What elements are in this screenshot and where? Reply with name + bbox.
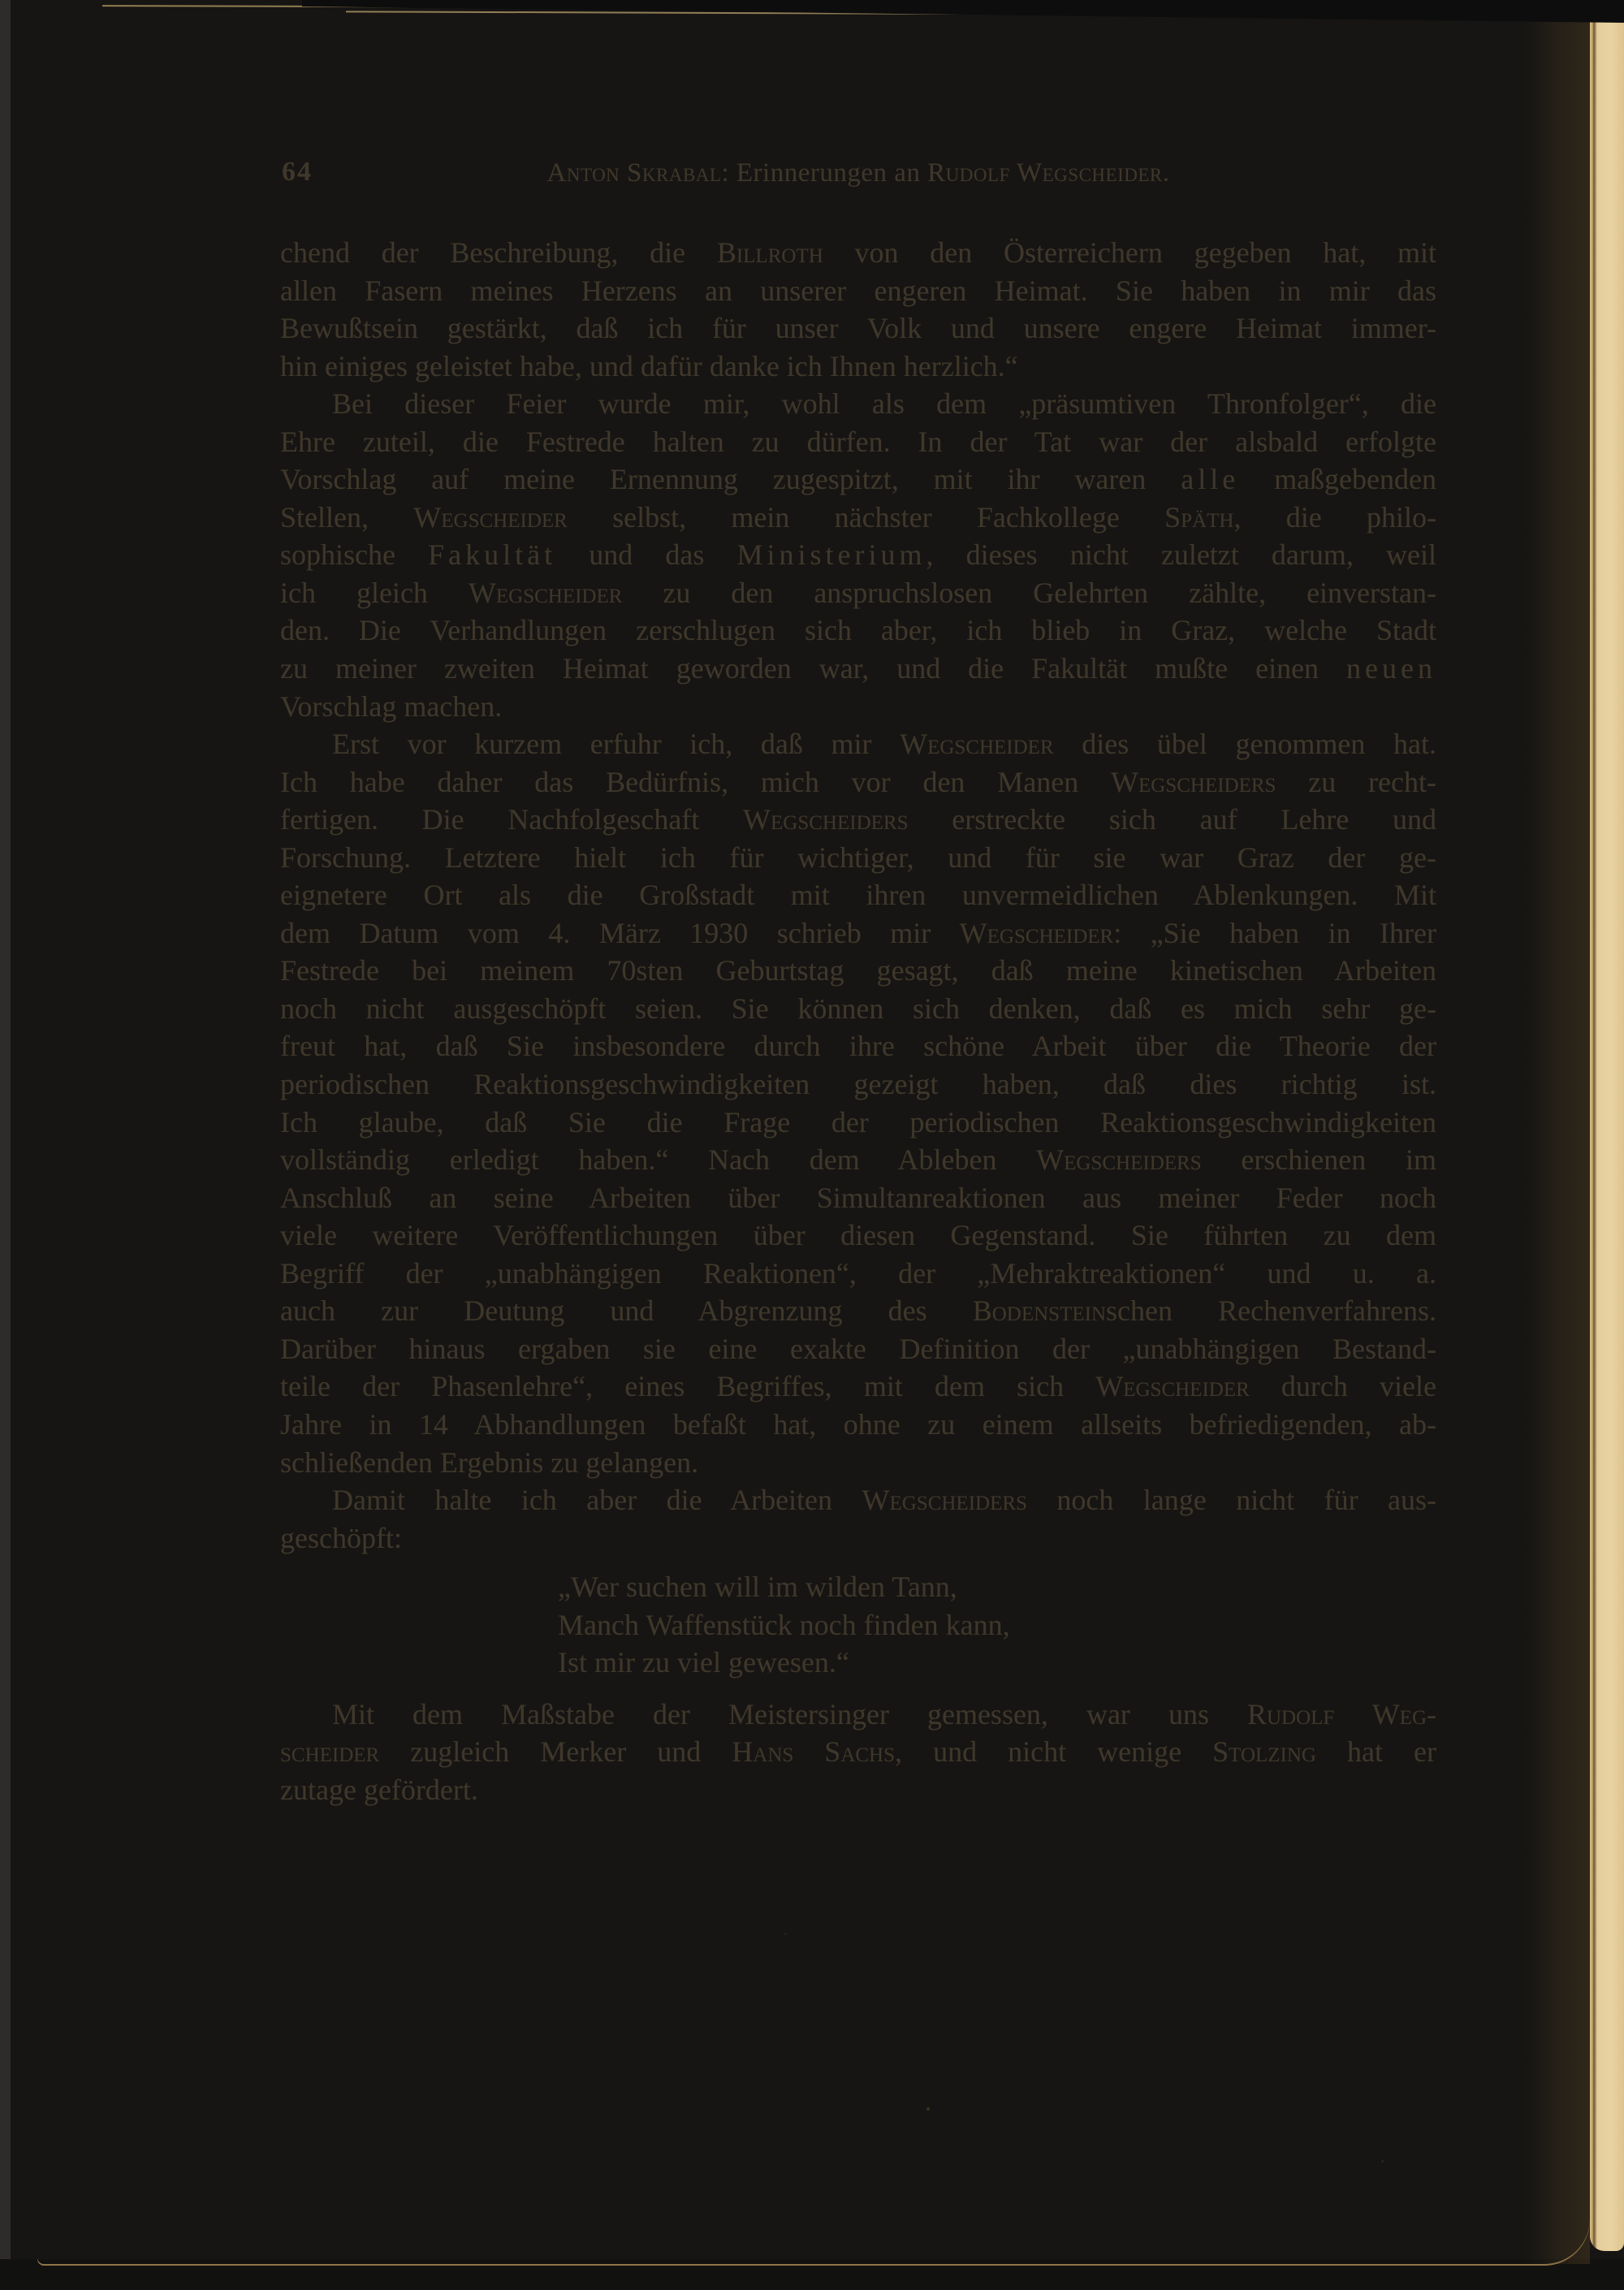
text-line: den. Die Verhandlungen zerschlugen sich …	[280, 611, 1436, 650]
text-line: vollständig erledigt haben.“ Nach dem Ab…	[280, 1141, 1436, 1179]
book-page: 64 Anton Skrabal: Erinnerungen an Rudolf…	[37, 0, 1590, 2264]
text-line: Mit dem Maßstabe der Meistersinger gemes…	[280, 1696, 1436, 1734]
text-line: Jahre in 14 Abhandlungen befaßt hat, ohn…	[280, 1406, 1436, 1444]
paper-speck	[926, 2107, 930, 2111]
text-line: ich gleich Wegscheider zu den anspruchsl…	[280, 574, 1436, 612]
text-line: Forschung. Letztere hielt ich für wichti…	[280, 839, 1436, 877]
adjacent-page-edge	[1590, 13, 1624, 2251]
text-line: teile der Phasenlehre“, eines Begriffes,…	[280, 1368, 1436, 1406]
paragraph: chend der Beschreibung, die Billroth von…	[280, 234, 1436, 385]
text-line: Vorschlag auf meine Ernennung zugespitzt…	[280, 460, 1436, 499]
verse-block: „Wer suchen will im wilden Tann,Manch Wa…	[558, 1568, 1436, 1682]
text-line: freut hat, daß Sie insbesondere durch ih…	[280, 1027, 1436, 1065]
text-line: hin einiges geleistet habe, und dafür da…	[280, 348, 1436, 386]
text-line: Vorschlag machen.	[280, 688, 1436, 726]
page-fold-shadow	[1525, 0, 1590, 2264]
text-line: chend der Beschreibung, die Billroth von…	[280, 234, 1436, 272]
text-line: Anschluß an seine Arbeiten über Simultan…	[280, 1179, 1436, 1217]
paragraph: Erst vor kurzem erfuhr ich, daß mir Wegs…	[280, 725, 1436, 1481]
running-header: 64 Anton Skrabal: Erinnerungen an Rudolf…	[280, 156, 1436, 190]
text-line: eignetere Ort als die Großstadt mit ihre…	[280, 876, 1436, 914]
text-line: Damit halte ich aber die Arbeiten Wegsch…	[280, 1481, 1436, 1519]
text-line: allen Fasern meines Herzens an unserer e…	[280, 272, 1436, 310]
text-line: dem Datum vom 4. März 1930 schrieb mir W…	[280, 914, 1436, 953]
running-header-middle: Erinnerungen an	[729, 158, 927, 188]
book-scan: 64 Anton Skrabal: Erinnerungen an Rudolf…	[0, 0, 1624, 2290]
text-line: Ich habe daher das Bedürfnis, mich vor d…	[280, 763, 1436, 801]
text-line: noch nicht ausgeschöpft seien. Sie könne…	[280, 990, 1436, 1028]
text-line: Darüber hinaus ergaben sie eine exakte D…	[280, 1330, 1436, 1368]
text-line: „Wer suchen will im wilden Tann,	[558, 1568, 1436, 1606]
paper-speck	[784, 1933, 787, 1935]
text-line: Stellen, Wegscheider selbst, mein nächst…	[280, 499, 1436, 537]
paper-speck	[1381, 2160, 1384, 2163]
text-line: zu meiner zweiten Heimat geworden war, u…	[280, 650, 1436, 688]
text-line: Bei dieser Feier wurde mir, wohl als dem…	[280, 385, 1436, 423]
text-line: Ehre zuteil, die Festrede halten zu dürf…	[280, 423, 1436, 461]
text-line: scheider zugleich Merker und Hans Sachs,…	[280, 1733, 1436, 1771]
text-line: Erst vor kurzem erfuhr ich, daß mir Wegs…	[280, 725, 1436, 763]
page-number: 64	[282, 155, 313, 189]
text-column: chend der Beschreibung, die Billroth von…	[280, 234, 1436, 1808]
text-line: schließenden Ergebnis zu gelangen.	[280, 1444, 1436, 1482]
text-line: sophische Fakultät und das Ministerium, …	[280, 536, 1436, 574]
text-line: Festrede bei meinem 70sten Geburtstag ge…	[280, 952, 1436, 990]
text-line: viele weitere Veröffentlichungen über di…	[280, 1216, 1436, 1255]
text-line: geschöpft:	[280, 1519, 1436, 1558]
text-line: fertigen. Die Nachfolgeschaft Wegscheide…	[280, 801, 1436, 839]
text-line: Bewußtsein gestärkt, daß ich für unser V…	[280, 309, 1436, 348]
text-line: auch zur Deutung und Abgrenzung des Bode…	[280, 1292, 1436, 1330]
running-header-subject: Rudolf Wegscheider.	[927, 158, 1169, 188]
text-line: periodischen Reaktionsgeschwindigkeiten …	[280, 1065, 1436, 1104]
running-header-author: Anton Skrabal:	[547, 158, 730, 188]
scanner-bed-left-strip	[0, 0, 11, 2290]
paragraph: Damit halte ich aber die Arbeiten Wegsch…	[280, 1481, 1436, 1557]
page-stack-left-edges	[11, 0, 37, 2261]
text-line: zutage gefördert.	[280, 1771, 1436, 1809]
paragraph: Bei dieser Feier wurde mir, wohl als dem…	[280, 385, 1436, 725]
text-line: Manch Waffenstück noch finden kann,	[558, 1606, 1436, 1644]
paragraph: Mit dem Maßstabe der Meistersinger gemes…	[280, 1696, 1436, 1809]
text-line: Begriff der „unabhängigen Reaktionen“, d…	[280, 1255, 1436, 1293]
text-line: Ist mir zu viel gewesen.“	[558, 1644, 1436, 1682]
text-line: Ich glaube, daß Sie die Frage der period…	[280, 1104, 1436, 1142]
